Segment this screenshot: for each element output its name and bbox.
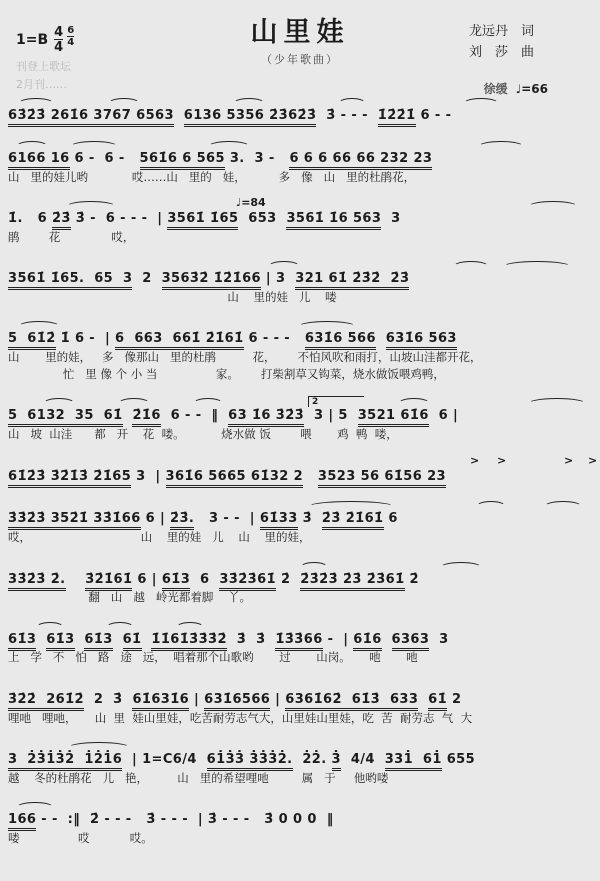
marks-line (8, 139, 592, 150)
note-group: 3 - - | (194, 511, 260, 526)
beamed-note-group: 5 61̇2̇ (8, 331, 56, 350)
notes-line: 3̇2̇2̇ 261̇2̇ 2 3̇ 61̇631̇6 | 631̇6566 |… (8, 691, 592, 710)
beamed-note-group: 1̇1̇61̇3̇3̇3̇2̇ (151, 632, 227, 651)
note-group (142, 632, 152, 647)
key-tonic: 1=B (16, 32, 48, 48)
note-group: 2 (447, 692, 461, 707)
marks-line (8, 259, 592, 270)
slur-arc (68, 742, 130, 753)
notes-line: 33̇2̇3̇ 2̇. 3̇2̇1̇61̇ 6 | 61̇3 6 33̇2̇3̇… (8, 571, 592, 590)
accent-mark: > (470, 454, 479, 467)
note-group (113, 632, 123, 647)
meter-fraction: 64 (67, 26, 74, 48)
slur-arc (268, 261, 300, 272)
lyrics-line: 翻 山 越 岭光都着脚 丫。 (8, 589, 592, 606)
note-group: 655 (442, 752, 475, 767)
beamed-note-group: 6361̇62̇ 61̇3̇ 633 (285, 692, 418, 711)
slur-arc (36, 622, 64, 633)
marks-line (8, 499, 592, 510)
note-group (75, 632, 85, 647)
beamed-note-group: 361̇6 5665 61̇32 2 (166, 469, 304, 488)
beamed-note-group: 166 (8, 812, 36, 831)
beamed-note-group: 1̇2̇2̇1̇ (378, 108, 416, 127)
beamed-note-group: 2̇3̇ (52, 211, 71, 230)
music-system-2: 6166 16 6 - 6 - 561̇6 6 565 3. 3 - 6 6 6… (8, 139, 592, 186)
beamed-note-group: 3̇ (332, 752, 341, 771)
music-system-6: 25 6132 35 61̇ 2̇1̇6 6 - - ‖ 63 1̇6 3̇2̇… (8, 396, 592, 443)
beamed-note-group: 61̇3 (84, 632, 112, 651)
notes-line: 63̇2̇3̇ 261̇6 3767 6563 6136 5356 2̇3̇62… (8, 107, 592, 126)
note-group (66, 572, 86, 587)
notes-line: 6166 16 6 - 6 - 561̇6 6 565 3. 3 - 6 6 6… (8, 150, 592, 169)
marks-line: 2 (8, 396, 592, 407)
faint-annotation-line: 2月刊…… (16, 76, 71, 94)
beamed-note-group: 61̇3 (46, 632, 74, 651)
lyrics-line: 山 里的娃 儿 喽 (8, 289, 592, 306)
notes-line: 5 6132 35 61̇ 2̇1̇6 6 - - ‖ 63 1̇6 3̇2̇3… (8, 407, 592, 426)
beamed-note-group: 2̇1̇6 (132, 408, 160, 427)
music-system-9: 33̇2̇3̇ 2̇. 3̇2̇1̇61̇ 6 | 61̇3 6 33̇2̇3̇… (8, 560, 592, 607)
notes-line: 3 2̇3̇1̇3̇2̇ 1̇2̇1̇6 | 1=C6/4 61̇3̇3̇ 3̇… (8, 751, 592, 770)
beamed-note-group: 63̇2̇3̇ 261̇6 3767 6563 (8, 108, 174, 127)
slur-arc (503, 261, 571, 272)
note-group (303, 469, 318, 484)
note-group: 6 (23, 211, 52, 226)
beamed-note-group: 3561̇ 1̇6 563 (286, 211, 381, 230)
note-group: 6 (190, 572, 219, 587)
notes-line: 5 61̇2̇ 1̇ 6 - | 6 663 661̇ 2̇1̇61̇ 6 - … (8, 330, 592, 349)
note-group (174, 108, 184, 123)
note-group: | 1=C6/4 (122, 752, 207, 767)
composer-credit: 刘 莎 曲 (469, 43, 534, 64)
lyrics-line: 哎， 山 里的娃 儿 山 里的娃， (8, 529, 592, 546)
note-group: 3 | (131, 469, 165, 484)
slur-arc (106, 622, 134, 633)
slur-arc (528, 201, 578, 212)
beamed-note-group: 61̇ (123, 632, 142, 651)
slur-arc (453, 261, 489, 272)
beamed-note-group: 3521 61̇6 (358, 408, 429, 427)
beamed-note-group: 3̇3̇2̇3̇ 352̇1̇ 33̇1̇66 (8, 511, 141, 530)
accent-mark: > (497, 454, 506, 467)
music-system-4: 3561̇ 1̇65. 65 3 2 3563̇2̇ 1̇2̇1̇66 | 3 … (8, 259, 592, 306)
meter-fractions: 4464 (48, 32, 74, 48)
note-group: 2 (132, 271, 161, 286)
key-signature: 1=B4464 (16, 26, 74, 54)
slur-arc (300, 562, 328, 573)
note-group: | (189, 692, 204, 707)
beamed-note-group: 6166 16 (8, 151, 70, 170)
beamed-note-group: 3̇2̇2̇ 261̇2̇ (8, 692, 84, 711)
lyricist-credit: 龙远丹 词 (469, 22, 534, 43)
marks-line: >>>> (8, 457, 592, 468)
note-group: 2̇ (276, 572, 300, 587)
slur-arc (16, 141, 48, 152)
beamed-note-group: 3563̇2̇ 1̇2̇1̇66 (162, 271, 261, 290)
beamed-note-group: 1̇3̇3̇66 (275, 632, 322, 651)
slur-arc (208, 141, 250, 152)
notes-line: 1̇. 6 2̇3̇ 3̇ - 6 - - - | 3561̇ 1̇65 653… (8, 210, 592, 229)
slur-arc (16, 802, 54, 813)
music-system-12: 3 2̇3̇1̇3̇2̇ 1̇2̇1̇6 | 1=C6/4 61̇3̇3̇ 3̇… (8, 740, 592, 787)
lyrics-line: 喽 哎 哎。 (8, 830, 592, 847)
slur-arc (66, 201, 116, 212)
beamed-note-group: 3561̇ 1̇65 (167, 211, 238, 230)
marks-line: ♩=84 (8, 199, 592, 210)
note-group: 2 3̇ (84, 692, 132, 707)
faint-annotation-line: 刊登上歌坛 (16, 58, 71, 76)
note-group (376, 331, 386, 346)
note-group: 1̇. (8, 211, 23, 226)
music-system-13: 166 - - :‖ 2̇ - - - 3̇ - - - | 3̇ - - - … (8, 800, 592, 847)
beamed-note-group: 3523 56 61̇56 23 (318, 469, 446, 488)
lyrics-line: 忙 里 像 个 小 当 家。 打柴割草又钩菜，烧水做饭喂鸡鸭， (8, 366, 592, 383)
accent-mark: > (588, 454, 597, 467)
slur-arc (338, 98, 366, 109)
slur-arc (440, 562, 482, 573)
beamed-note-group: 3̇2̇1̇61̇ (85, 572, 132, 591)
note-group (382, 632, 392, 647)
music-system-8: 3̇3̇2̇3̇ 352̇1̇ 33̇1̇66 6 | 2̇3̇. 3 - - … (8, 499, 592, 546)
note-group: 6 | (429, 408, 458, 423)
note-group: 2̇ (405, 572, 419, 587)
note-group: 3 | 5 (304, 408, 358, 423)
beamed-note-group: 61̇3 (8, 632, 36, 651)
note-group: 3̇ - - - (316, 108, 377, 123)
beamed-note-group: 561̇6 6 565 (140, 151, 225, 170)
faint-annotation: 刊登上歌坛 2月刊…… (16, 58, 71, 93)
beamed-note-group: 631̇6 566 (305, 331, 376, 350)
slur-arc (108, 98, 140, 109)
note-group: 6 - - (416, 108, 452, 123)
beamed-note-group: 631̇6566 (204, 692, 270, 711)
lyrics-line: 山 坡 山洼 都 开 花 喽。 烧水做 饭 喂 鸡 鸭 喽， (8, 426, 592, 443)
tempo-value: ♩=66 (516, 82, 548, 96)
beamed-note-group: 2̇3̇. (170, 511, 194, 530)
slur-arc (176, 622, 204, 633)
notes-line: 3̇3̇2̇3̇ 352̇1̇ 33̇1̇66 6 | 2̇3̇. 3 - - … (8, 510, 592, 529)
beamed-note-group: 3561̇ 1̇65. 65 3 (8, 271, 132, 290)
slur-arc (463, 98, 499, 109)
note-group: 6 - - - (244, 331, 305, 346)
beamed-note-group: 2̇3̇ 2̇1̇61̇ (322, 511, 384, 530)
marks-line (8, 560, 592, 571)
lyrics-line: 越 冬的杜鹃花 儿 艳， 山 里的希望哩吔 属 于 他哟喽 (8, 770, 592, 787)
beamed-note-group: 2̇3̇2̇3̇ 2̇3̇ 2̇3̇61̇ (300, 572, 404, 591)
tempo-label: 徐缓 (484, 82, 508, 96)
lyrics-line: 哩吔 哩吔， 山 里 娃山里娃，吃苦耐劳志气大，山里娃山里娃，吃 苦 耐劳志 气… (8, 710, 592, 727)
note-group: 653 (238, 211, 286, 226)
note-group: 3. 3 - (225, 151, 290, 166)
beamed-note-group: 33̇2̇3̇ 2̇. (8, 572, 66, 591)
note-group: | 3 (261, 271, 295, 286)
marks-line (8, 96, 592, 107)
note-group: 1̇ 6 - | (56, 331, 115, 346)
note-group: | (270, 692, 285, 707)
note-group: 6 (384, 511, 398, 526)
beamed-note-group: 6 663 661̇ 2̇1̇61̇ (115, 331, 244, 350)
music-system-5: 5 61̇2̇ 1̇ 6 - | 6 663 661̇ 2̇1̇61̇ 6 - … (8, 319, 592, 383)
marks-line (8, 319, 592, 330)
note-group: - | (323, 632, 354, 647)
notes-line: 61̇2̇3̇ 3̇2̇1̇3̇ 2̇1̇65 3 | 361̇6 5665 6… (8, 468, 592, 487)
tempo-marking: 徐缓♩=66 (484, 80, 548, 97)
beamed-note-group: 33̇2̇3̇61̇ (219, 572, 276, 591)
beamed-note-group: 61̇6 (353, 632, 381, 651)
slur-arc (70, 141, 118, 152)
note-group: - - :‖ 2̇ - - - 3̇ - - - | 3̇ - - - 3̇ 0… (36, 812, 333, 827)
music-system-10: 61̇3 61̇3 61̇3 61̇ 1̇1̇61̇3̇3̇3̇2̇ 3̇ 3̇… (8, 620, 592, 667)
note-group: 3 (429, 632, 448, 647)
note-group: 6 | (141, 511, 170, 526)
credits: 龙远丹 词 刘 莎 曲 (469, 22, 534, 64)
note-group (418, 692, 428, 707)
slur-arc (233, 98, 265, 109)
note-group: 3̇ (298, 511, 322, 526)
accent-mark: > (564, 454, 573, 467)
lyrics-line: 山 里的娃儿哟 哎……山 里的 娃， 多 像 山 里的杜鹃花， (8, 169, 592, 186)
beamed-note-group: 61̇2̇3̇ 3̇2̇1̇3̇ 2̇1̇65 (8, 469, 131, 488)
volta-bracket: 2 (308, 396, 364, 407)
note-group: 6 | (132, 572, 161, 587)
beamed-note-group: 6 6 6 66 66 232 23 (289, 151, 432, 170)
music-system-3: ♩=841̇. 6 2̇3̇ 3̇ - 6 - - - | 3561̇ 1̇65… (8, 199, 592, 246)
tempo-mark: ♩=84 (236, 196, 266, 209)
beamed-note-group: 63 1̇6 3̇2̇3̇ (228, 408, 304, 427)
note-group: 6 - 6 - (70, 151, 140, 166)
note-group: 2̇2̇. (293, 752, 332, 767)
beamed-note-group: 61̇3̇3̇ 3̇3̇3̇2̇. (207, 752, 293, 771)
beamed-note-group: 631̇6 563 (386, 331, 457, 350)
beamed-note-group: 3 2̇3̇1̇3̇2̇ 1̇2̇1̇6 (8, 752, 122, 771)
lyrics-line: 上 学 不 怕 路 途 远， 唱着那个山歌哟 过 山岗。 吔 吔 (8, 649, 592, 666)
note-group: 3 (381, 211, 400, 226)
marks-line (8, 680, 592, 691)
note-group: 4/4 (341, 752, 385, 767)
notes-line: 166 - - :‖ 2̇ - - - 3̇ - - - | 3̇ - - - … (8, 811, 592, 830)
meter-fraction: 44 (54, 26, 63, 54)
note-group (36, 632, 46, 647)
notes-line: 3561̇ 1̇65. 65 3 2 3563̇2̇ 1̇2̇1̇66 | 3 … (8, 270, 592, 289)
note-group: 3̇ 3̇ (227, 632, 275, 647)
music-system-1: 63̇2̇3̇ 261̇6 3767 6563 6136 5356 2̇3̇62… (8, 96, 592, 126)
note-group (123, 408, 133, 423)
slur-arc (18, 98, 54, 109)
beamed-note-group: 5 6132 35 61̇ (8, 408, 123, 427)
beamed-note-group: 321 61̇ 2̇3̇2̇ 2̇3̇ (295, 271, 409, 290)
notes-line: 61̇3 61̇3 61̇3 61̇ 1̇1̇61̇3̇3̇3̇2̇ 3̇ 3̇… (8, 631, 592, 650)
marks-line (8, 800, 592, 811)
beamed-note-group: 61̇ (428, 692, 447, 711)
note-group: 6 - - ‖ (161, 408, 228, 423)
beamed-note-group: 6136 5356 2̇3̇62̇3̇ (184, 108, 317, 127)
beamed-note-group: 61̇3 (162, 572, 190, 591)
note-group: 3̇ - 6 - - - | (71, 211, 167, 226)
lyrics-line: 鹃 花 哎， (8, 229, 592, 246)
marks-line (8, 620, 592, 631)
lyrics-line: 山 里的娃， 多 像那山 里的杜鹃 花， 不怕风吹和雨打，山坡山洼都开花， (8, 349, 592, 366)
beamed-note-group: 61̇631̇6 (132, 692, 189, 711)
score: 63̇2̇3̇ 261̇6 3767 6563 6136 5356 2̇3̇62… (8, 96, 592, 860)
marks-line (8, 740, 592, 751)
slur-arc (478, 141, 524, 152)
beamed-note-group: 61̇33 (260, 511, 298, 530)
music-system-11: 3̇2̇2̇ 261̇2̇ 2 3̇ 61̇631̇6 | 631̇6566 |… (8, 680, 592, 727)
music-system-7: >>>>61̇2̇3̇ 3̇2̇1̇3̇ 2̇1̇65 3 | 361̇6 56… (8, 457, 592, 487)
beamed-note-group: 6363 (392, 632, 430, 651)
beamed-note-group: 331̇ 61̇ (385, 752, 442, 771)
